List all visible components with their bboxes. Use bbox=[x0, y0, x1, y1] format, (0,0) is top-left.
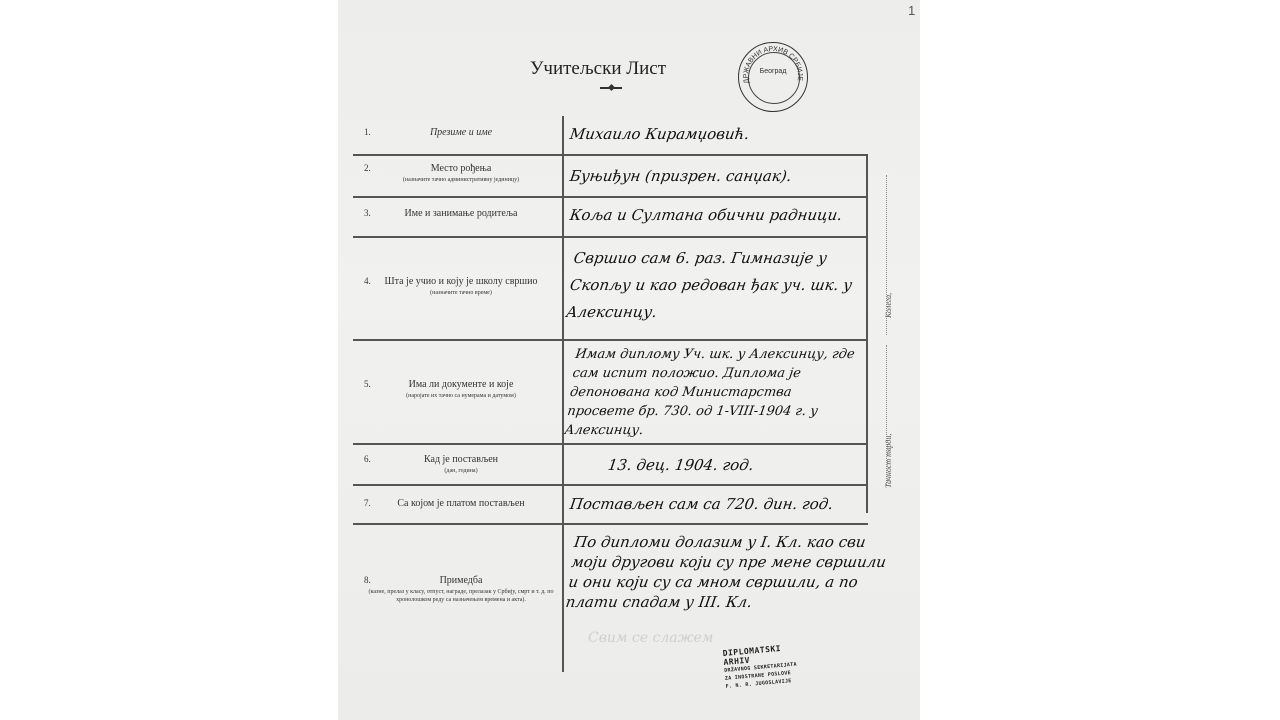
row-divider bbox=[353, 154, 868, 156]
row-divider bbox=[353, 236, 868, 238]
row-6-value: 13. дец. 1904. год. bbox=[606, 453, 899, 477]
row-divider bbox=[353, 443, 868, 445]
row-5-label: 5. Има ли документе и које (наројате их … bbox=[356, 379, 566, 400]
row-2-value: Буњиђун (призрен. санџак). bbox=[568, 164, 861, 188]
row-1-label: 1. Презиме и име bbox=[356, 127, 566, 138]
row-7-label: 7. Са којом је платом постављен bbox=[356, 498, 566, 509]
row-divider bbox=[353, 196, 868, 198]
row-3-label: 3. Име и занимање родитеља bbox=[356, 208, 566, 219]
row-5-value: Имам диплому Уч. шк. у Алексинцу, где са… bbox=[563, 345, 866, 440]
diplomatic-archive-stamp: DIPLOMATSKI ARHIV DRŽAVNOG SEKRETARIJATA… bbox=[722, 641, 815, 691]
row-3-value: Коља и Султана обични радници. bbox=[568, 203, 861, 227]
row-divider bbox=[353, 484, 868, 486]
row-7-value: Постављен сам са 720. дин. год. bbox=[568, 492, 861, 516]
row-4-value: Свршио сам 6. раз. Гимназије у Скопљу и … bbox=[564, 245, 865, 326]
row-8-value: По дипломи долазим у I. Кл. као сви моји… bbox=[564, 532, 895, 612]
row-1-value: Михаило Кирамџовић. bbox=[568, 122, 861, 146]
row-6-label: 6. Кад је постављен (дан, година) bbox=[356, 454, 566, 475]
row-divider bbox=[353, 523, 868, 525]
form-table: 1. Презиме и име Михаило Кирамџовић. 2. … bbox=[338, 0, 920, 720]
margin-note-lower: Тачност тврди, bbox=[884, 434, 893, 488]
faded-pencil-note: Свим се слажем bbox=[588, 630, 713, 646]
document-page: 1 Учитељски Лист ДРЖАВНИ АРХИВ СРБИЈЕ Бе… bbox=[338, 0, 920, 720]
margin-note-upper: Колега, bbox=[884, 293, 893, 318]
row-4-label: 4. Шта је учио и коју је школу свршио (н… bbox=[356, 276, 566, 297]
row-divider bbox=[353, 339, 868, 341]
row-2-label: 2. Место рођења (назначите тачно админис… bbox=[356, 163, 566, 184]
row-8-label: 8. Примедба (казне, прелаз у класу, отпу… bbox=[356, 575, 566, 604]
